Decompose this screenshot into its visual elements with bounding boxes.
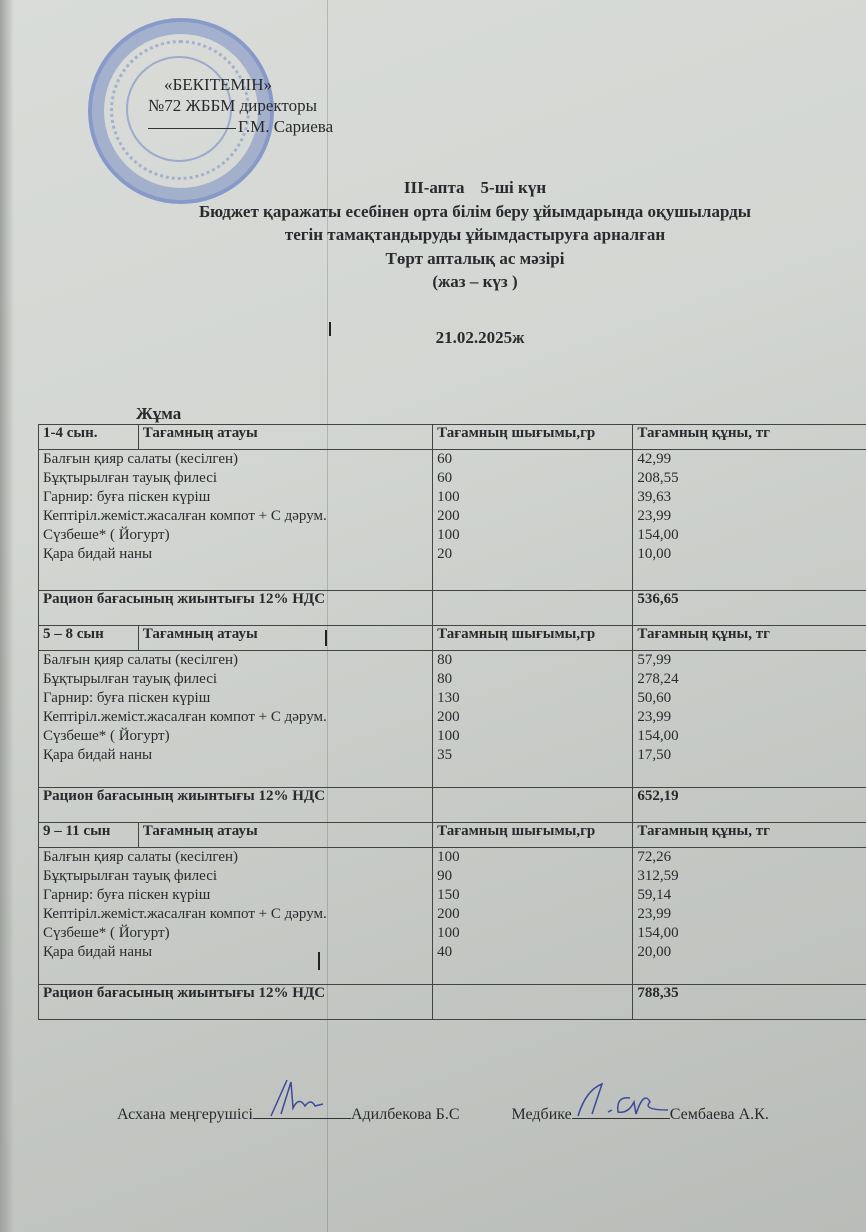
column-name-header: Тағамның атауы [138, 425, 432, 450]
dish-name: Бұқтырылған тауық филесі [43, 670, 428, 689]
canteen-signature-field [253, 1118, 351, 1119]
dish-yield: 90 [437, 867, 628, 886]
dish-name: Бұқтырылған тауық филесі [43, 867, 428, 886]
dish-name: Қара бидай наны [43, 545, 428, 564]
dish-price: 154,00 [637, 526, 866, 545]
total-empty-cell [433, 788, 633, 823]
dish-yield: 130 [437, 689, 628, 708]
signature-row: Асхана меңгерушісі Адилбекова Б.СМедбике… [117, 1106, 769, 1124]
total-row: Рацион бағасының жиынтығы 12% НДС652,19 [39, 788, 866, 823]
dish-price: 154,00 [637, 727, 866, 746]
dish-price: 23,99 [637, 905, 866, 924]
dish-prices-cell: 72,26312,5959,1423,99154,0020,00 [633, 848, 866, 985]
dish-price: 23,99 [637, 708, 866, 727]
column-price-header: Тағамның құны, тг [633, 425, 866, 450]
dish-name: Гарнир: буға піскен күріш [43, 488, 428, 507]
dish-yields-cell: 1009015020010040 [433, 848, 633, 985]
dish-yield: 100 [437, 488, 628, 507]
dish-yields-cell: 808013020010035 [433, 651, 633, 788]
dish-names-cell: Балғын қияр салаты (кесілген)Бұқтырылған… [39, 848, 433, 985]
menu-table: 1-4 сын.Тағамның атауыТағамның шығымы,гр… [38, 424, 866, 1020]
dish-prices-cell: 42,99208,5539,6323,99154,0010,00 [633, 450, 866, 591]
nurse-name: Сембаева А.К. [670, 1106, 769, 1123]
dish-yield: 40 [437, 943, 628, 962]
total-empty-cell [433, 985, 633, 1020]
dish-name: Сүзбеше* ( Йогурт) [43, 526, 428, 545]
dish-name: Бұқтырылған тауық филесі [43, 469, 428, 488]
dish-yield: 200 [437, 905, 628, 924]
dish-price: 59,14 [637, 886, 866, 905]
column-yield-header: Тағамның шығымы,гр [433, 425, 633, 450]
dish-price: 42,99 [637, 450, 866, 469]
total-row: Рацион бағасының жиынтығы 12% НДС788,35 [39, 985, 866, 1020]
pen-mark [329, 322, 331, 336]
title-line-1: Бюджет қаражаты есебінен орта білім беру… [130, 200, 820, 224]
nurse-label: Медбике [512, 1106, 572, 1123]
dish-name: Балғын қияр салаты (кесілген) [43, 848, 428, 867]
dish-yield: 60 [437, 450, 628, 469]
menu-date: 21.02.2025ж [340, 328, 620, 348]
dish-name: Гарнир: буға піскен күріш [43, 886, 428, 905]
dish-names-cell: Балғын қияр салаты (кесілген)Бұқтырылған… [39, 450, 433, 591]
dish-yield: 100 [437, 924, 628, 943]
signature-scribble-icon [253, 1076, 351, 1120]
dish-yields-cell: 606010020010020 [433, 450, 633, 591]
dish-price: 50,60 [637, 689, 866, 708]
total-value: 788,35 [633, 985, 866, 1020]
approval-signer: Г.М. Сариева [148, 116, 333, 137]
dish-yield: 100 [437, 727, 628, 746]
dish-name: Сүзбеше* ( Йогурт) [43, 924, 428, 943]
canteen-manager-name: Адилбекова Б.С [351, 1106, 460, 1123]
total-label: Рацион бағасының жиынтығы 12% НДС [39, 788, 433, 823]
nurse-signature-field [572, 1118, 670, 1119]
dish-yield: 100 [437, 526, 628, 545]
dish-price: 17,50 [637, 746, 866, 765]
week-day-line: III-апта5-ші күн [130, 176, 820, 200]
dish-price: 20,00 [637, 943, 866, 962]
column-price-header: Тағамның құны, тг [633, 823, 866, 848]
dish-price: 154,00 [637, 924, 866, 943]
dish-name: Кептіріл.жеміст.жасалған компот + С дәру… [43, 905, 428, 924]
age-group: 9 – 11 сын [39, 823, 139, 848]
dish-yield: 20 [437, 545, 628, 564]
dish-name: Гарнир: буға піскен күріш [43, 689, 428, 708]
canteen-manager-label: Асхана меңгерушісі [117, 1106, 253, 1123]
total-value: 652,19 [633, 788, 866, 823]
signature-scribble-icon [572, 1080, 670, 1120]
dish-price: 23,99 [637, 507, 866, 526]
table-row: Балғын қияр салаты (кесілген)Бұқтырылған… [39, 651, 866, 788]
dish-price: 72,26 [637, 848, 866, 867]
dish-price: 312,59 [637, 867, 866, 886]
dish-name: Қара бидай наны [43, 746, 428, 765]
season: (жаз – күз ) [130, 270, 820, 294]
table-row: Балғын қияр салаты (кесілген)Бұқтырылған… [39, 848, 866, 985]
dish-price: 39,63 [637, 488, 866, 507]
dish-yield: 150 [437, 886, 628, 905]
dish-name: Балғын қияр салаты (кесілген) [43, 450, 428, 469]
dish-price: 208,55 [637, 469, 866, 488]
section-header-row: 5 – 8 сынТағамның атауыТағамның шығымы,г… [39, 626, 866, 651]
dish-yield: 100 [437, 848, 628, 867]
page-shadow [0, 0, 14, 1232]
approval-block: «БЕКІТЕМІН» №72 ЖББМ директоры Г.М. Сари… [148, 74, 333, 137]
column-yield-header: Тағамның шығымы,гр [433, 626, 633, 651]
dish-names-cell: Балғын қияр салаты (кесілген)Бұқтырылған… [39, 651, 433, 788]
age-group: 5 – 8 сын [39, 626, 139, 651]
document-title: III-апта5-ші күн Бюджет қаражаты есебіне… [130, 176, 820, 294]
dish-price: 10,00 [637, 545, 866, 564]
section-header-row: 9 – 11 сынТағамның атауыТағамның шығымы,… [39, 823, 866, 848]
dish-yield: 35 [437, 746, 628, 765]
dish-yield: 80 [437, 670, 628, 689]
dish-name: Кептіріл.жеміст.жасалған компот + С дәру… [43, 507, 428, 526]
title-line-3: Төрт апталық ас мәзірі [130, 247, 820, 271]
total-row: Рацион бағасының жиынтығы 12% НДС536,65 [39, 591, 866, 626]
column-name-header: Тағамның атауы [138, 823, 432, 848]
dish-prices-cell: 57,99278,2450,6023,99154,0017,50 [633, 651, 866, 788]
approval-position: №72 ЖББМ директоры [148, 95, 333, 116]
dish-name: Кептіріл.жеміст.жасалған компот + С дәру… [43, 708, 428, 727]
dish-price: 57,99 [637, 651, 866, 670]
dish-yield: 200 [437, 708, 628, 727]
dish-price: 278,24 [637, 670, 866, 689]
section-header-row: 1-4 сын.Тағамның атауыТағамның шығымы,гр… [39, 425, 866, 450]
weekday: Жұма [136, 404, 181, 424]
title-line-2: тегін тамақтандыруды ұйымдастыруға арнал… [130, 223, 820, 247]
total-value: 536,65 [633, 591, 866, 626]
total-empty-cell [433, 591, 633, 626]
dish-name: Балғын қияр салаты (кесілген) [43, 651, 428, 670]
dish-yield: 80 [437, 651, 628, 670]
table-row: Балғын қияр салаты (кесілген)Бұқтырылған… [39, 450, 866, 591]
dish-yield: 200 [437, 507, 628, 526]
total-label: Рацион бағасының жиынтығы 12% НДС [39, 591, 433, 626]
column-price-header: Тағамның құны, тг [633, 626, 866, 651]
dish-name: Сүзбеше* ( Йогурт) [43, 727, 428, 746]
approval-heading: «БЕКІТЕМІН» [148, 74, 333, 95]
column-yield-header: Тағамның шығымы,гр [433, 823, 633, 848]
dish-yield: 60 [437, 469, 628, 488]
dish-name: Қара бидай наны [43, 943, 428, 962]
total-label: Рацион бағасының жиынтығы 12% НДС [39, 985, 433, 1020]
age-group: 1-4 сын. [39, 425, 139, 450]
column-name-header: Тағамның атауы [138, 626, 432, 651]
